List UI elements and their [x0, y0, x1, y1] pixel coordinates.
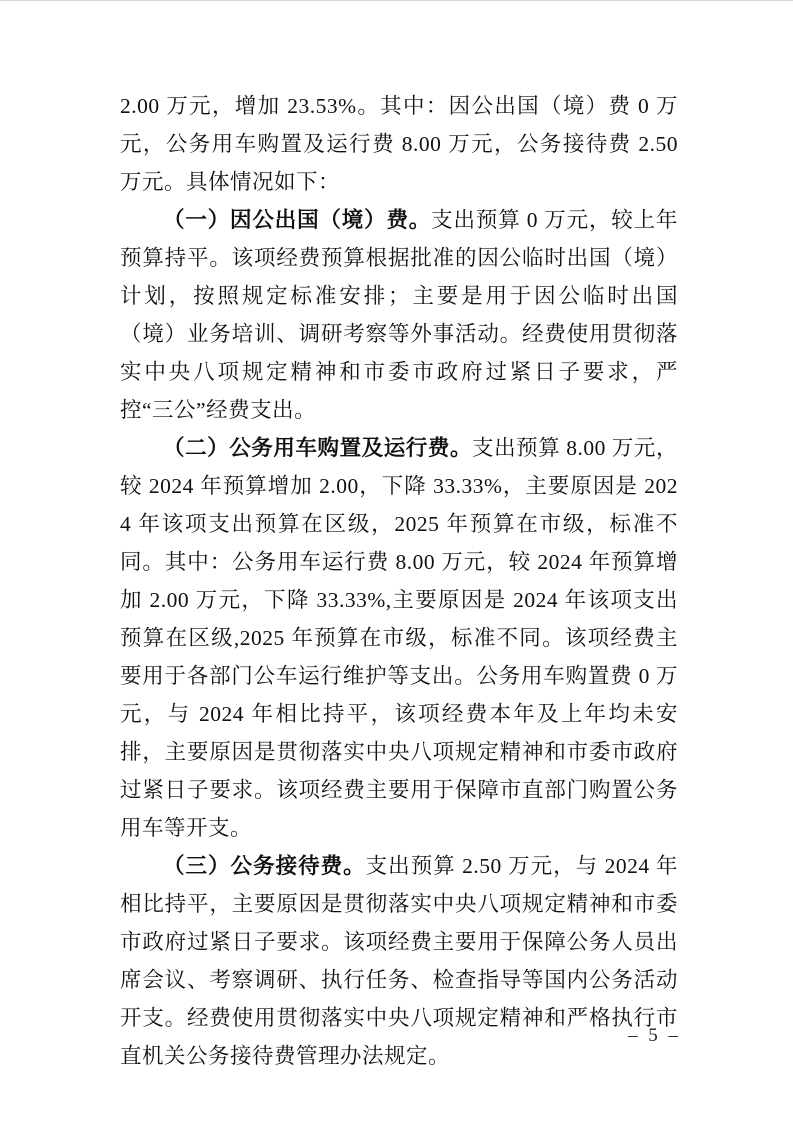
text-run: 支出预算 0 万元，较上年预算持平。该项经费预算根据批准的因公临时出国（境）计划…	[120, 208, 678, 422]
paragraph-intro-continuation: 2.00 万元，增加 23.53%。其中：因公出国（境）费 0 万元，公务用车购…	[120, 87, 678, 201]
paragraph-section-1: （一）因公出国（境）费。支出预算 0 万元，较上年预算持平。该项经费预算根据批准…	[120, 201, 678, 429]
page-number: – 5 –	[628, 1021, 681, 1051]
section-heading-run: （二）公务用车购置及运行费。	[163, 436, 472, 460]
document-body: 2.00 万元，增加 23.53%。其中：因公出国（境）费 0 万元，公务用车购…	[120, 87, 678, 1075]
page-footer: – 5 –	[0, 1021, 793, 1051]
document-page: 2.00 万元，增加 23.53%。其中：因公出国（境）费 0 万元，公务用车购…	[0, 0, 793, 1122]
section-heading-run: （一）因公出国（境）费。	[163, 208, 431, 232]
section-heading-run: （三）公务接待费。	[163, 854, 366, 878]
paragraph-section-2: （二）公务用车购置及运行费。支出预算 8.00 万元，较 2024 年预算增加 …	[120, 429, 678, 847]
text-run: 2.00 万元，增加 23.53%。其中：因公出国（境）费 0 万元，公务用车购…	[120, 94, 678, 194]
text-run: 支出预算 8.00 万元，较 2024 年预算增加 2.00，下降 33.33%…	[120, 436, 678, 840]
